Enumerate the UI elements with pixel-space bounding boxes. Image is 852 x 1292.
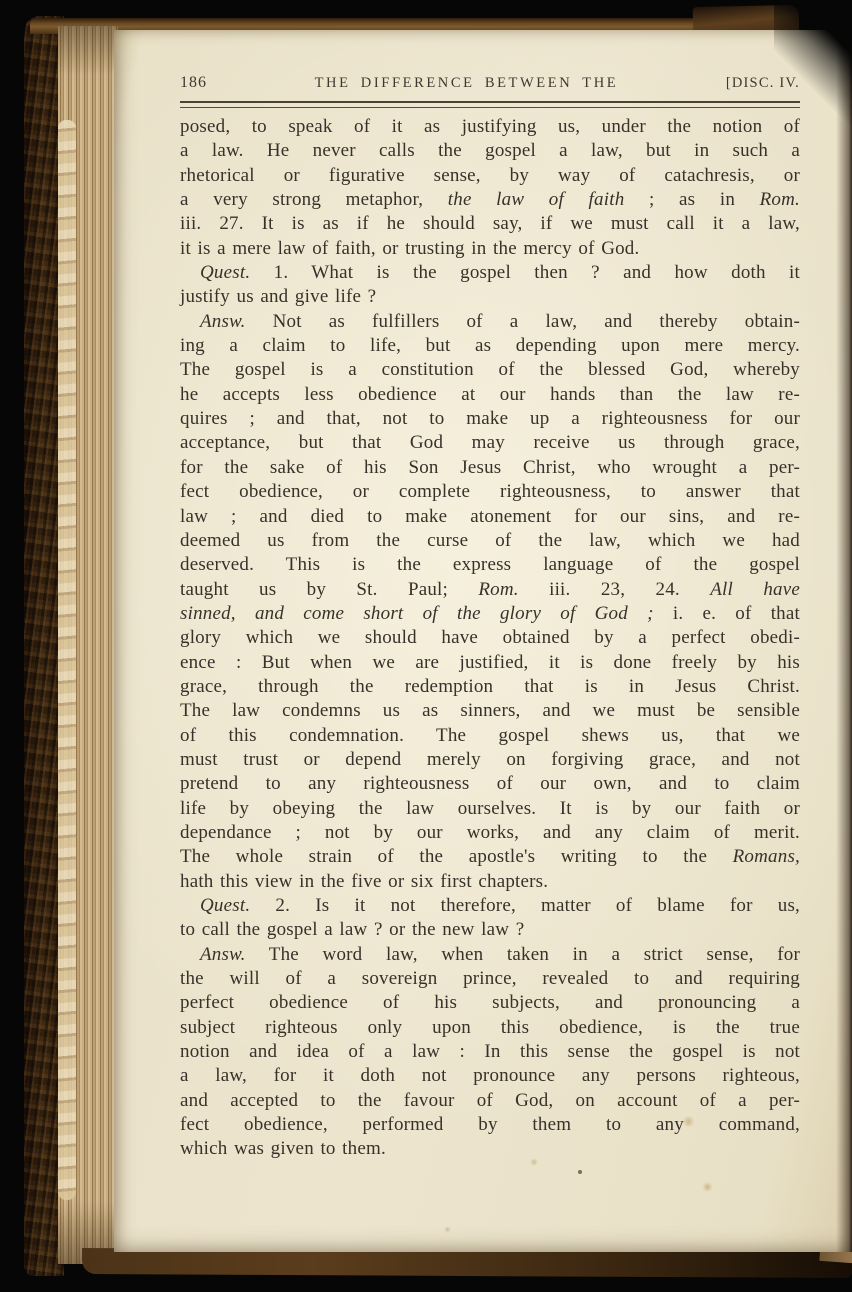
text-line: posed, to speak of it as justifying us, … <box>180 115 800 139</box>
text-line: The law condemns us as sinners, and we m… <box>180 699 800 723</box>
foxing-spot <box>702 1182 713 1192</box>
page-number: 186 <box>180 74 207 92</box>
body-text: The law condemns us as sinners, and we m… <box>180 700 800 721</box>
body-text: hath this view in the five or six first … <box>180 871 548 892</box>
body-text: the will of a sovereign prince, revealed… <box>180 968 800 989</box>
text-line: perfect obedience of his subjects, and p… <box>180 991 800 1015</box>
body-text: a law. He never calls the gospel a law, … <box>180 140 800 161</box>
book-bottom-edge <box>82 1248 852 1278</box>
body-text: ence : But when we are justified, it is … <box>180 652 800 673</box>
text-line: grace, through the redemption that is in… <box>180 675 800 699</box>
text-line: Answ. The word law, when taken in a stri… <box>180 943 800 967</box>
text-line: to call the gospel a law ? or the new la… <box>180 918 800 942</box>
body-text: Not as fulfillers of a law, and thereby … <box>246 311 800 332</box>
text-line: dependance ; not by our works, and any c… <box>180 821 800 845</box>
text-line: iii. 27. It is as if he should say, if w… <box>180 212 800 236</box>
text-line: fect obedience, or complete righteousnes… <box>180 480 800 504</box>
body-text: ing a claim to life, but as depending up… <box>180 335 800 356</box>
body-text: 2. Is it not therefore, matter of blame … <box>250 895 800 916</box>
body-text: perfect obedience of his subjects, and p… <box>180 992 800 1013</box>
ink-speck <box>578 1170 582 1174</box>
text-line: notion and idea of a law : In this sense… <box>180 1040 800 1064</box>
text-line: Quest. 1. What is the gospel then ? and … <box>180 261 800 285</box>
body-text: iii. 23, 24. <box>519 579 710 600</box>
body-text: fect obedience, or complete righteousnes… <box>180 481 800 502</box>
body-text: and accepted to the favour of God, on ac… <box>180 1090 800 1111</box>
body-text: a law, for it doth not pronounce any per… <box>180 1065 800 1086</box>
running-title: THE DIFFERENCE BETWEEN THE <box>207 75 726 92</box>
italic-text: Rom. <box>760 189 800 210</box>
text-line: a law. He never calls the gospel a law, … <box>180 139 800 163</box>
body-text: deemed us from the curse of the law, whi… <box>180 530 800 551</box>
header-double-rule <box>180 101 800 108</box>
text-line: of this condemnation. The gospel shews u… <box>180 724 800 748</box>
body-text: of this condemnation. The gospel shews u… <box>180 725 800 746</box>
text-line: for the sake of his Son Jesus Christ, wh… <box>180 456 800 480</box>
body-text: which was given to them. <box>180 1138 386 1159</box>
text-line: a law, for it doth not pronounce any per… <box>180 1064 800 1088</box>
italic-text: sinned, and come short of the glory of G… <box>180 603 654 624</box>
text-line: which was given to them. <box>180 1137 800 1161</box>
body-text: posed, to speak of it as justifying us, … <box>180 116 800 137</box>
body-text: life by obeying the law ourselves. It is… <box>180 798 800 819</box>
page-right-shadow <box>836 30 852 1252</box>
body-text: glory which we should have obtained by a… <box>180 627 800 648</box>
body-text: must trust or depend merely on forgiving… <box>180 749 800 770</box>
body-text: ; as in <box>624 189 759 210</box>
text-line: subject righteous only upon this obedien… <box>180 1016 800 1040</box>
body-text: quires ; and that, not to make up a righ… <box>180 408 800 429</box>
text-line: The whole strain of the apostle's writin… <box>180 845 800 869</box>
body-text: The word law, when taken in a strict sen… <box>246 944 800 965</box>
body-text: fect obedience, performed by them to any… <box>180 1114 800 1135</box>
text-line: deemed us from the curse of the law, whi… <box>180 529 800 553</box>
text-line: life by obeying the law ourselves. It is… <box>180 797 800 821</box>
italic-text: Quest. <box>200 262 250 283</box>
text-line: taught us by St. Paul; Rom. iii. 23, 24.… <box>180 578 800 602</box>
body-text: notion and idea of a law : In this sense… <box>180 1041 800 1062</box>
body-text: law ; and died to make atonement for our… <box>180 506 800 527</box>
body-text: deserved. This is the express language o… <box>180 554 800 575</box>
text-line: and accepted to the favour of God, on ac… <box>180 1089 800 1113</box>
printed-content: 186 THE DIFFERENCE BETWEEN THE [DISC. IV… <box>180 30 800 1162</box>
body-text: he accepts less obedience at our hands t… <box>180 384 800 405</box>
body-text: to call the gospel a law ? or the new la… <box>180 919 524 940</box>
text-line: glory which we should have obtained by a… <box>180 626 800 650</box>
body-text: grace, through the redemption that is in… <box>180 676 800 697</box>
body-text: i. e. of that <box>654 603 800 624</box>
italic-text: Rom. <box>478 579 518 600</box>
book-page: 186 THE DIFFERENCE BETWEEN THE [DISC. IV… <box>114 30 852 1252</box>
text-line: he accepts less obedience at our hands t… <box>180 383 800 407</box>
text-line: law ; and died to make atonement for our… <box>180 505 800 529</box>
body-text: rhetorical or figurative sense, by way o… <box>180 165 800 186</box>
body-text: justify us and give life ? <box>180 286 376 307</box>
text-line: Quest. 2. Is it not therefore, matter of… <box>180 894 800 918</box>
text-line: a very strong metaphor, the law of faith… <box>180 188 800 212</box>
italic-text: Answ. <box>200 311 246 332</box>
text-line: pretend to any righteousness of our own,… <box>180 772 800 796</box>
italic-text: Romans, <box>733 846 800 867</box>
text-line: deserved. This is the express language o… <box>180 553 800 577</box>
body-text: subject righteous only upon this obedien… <box>180 1017 800 1038</box>
italic-text: the law of faith <box>448 189 625 210</box>
italic-text: Quest. <box>200 895 250 916</box>
text-line: ing a claim to life, but as depending up… <box>180 334 800 358</box>
body-text: The whole strain of the apostle's writin… <box>180 846 733 867</box>
text-line: quires ; and that, not to make up a righ… <box>180 407 800 431</box>
text-line: rhetorical or figurative sense, by way o… <box>180 164 800 188</box>
text-line: justify us and give life ? <box>180 285 800 309</box>
body-text: pretend to any righteousness of our own,… <box>180 773 800 794</box>
text-line: sinned, and come short of the glory of G… <box>180 602 800 626</box>
body-text: a very strong metaphor, <box>180 189 448 210</box>
top-right-shadow <box>774 0 852 130</box>
body-text: for the sake of his Son Jesus Christ, wh… <box>180 457 800 478</box>
text-line: the will of a sovereign prince, revealed… <box>180 967 800 991</box>
text-line: Answ. Not as fulfillers of a law, and th… <box>180 310 800 334</box>
foxing-spot <box>444 1226 451 1233</box>
book-photo: 186 THE DIFFERENCE BETWEEN THE [DISC. IV… <box>0 0 852 1292</box>
body-text: 1. What is the gospel then ? and how dot… <box>250 262 800 283</box>
text-block: posed, to speak of it as justifying us, … <box>180 115 800 1162</box>
italic-text: Answ. <box>200 944 246 965</box>
text-line: ence : But when we are justified, it is … <box>180 651 800 675</box>
page-edge-crinkle <box>58 120 76 1200</box>
text-line: The gospel is a constitution of the bles… <box>180 358 800 382</box>
body-text: The gospel is a constitution of the bles… <box>180 359 800 380</box>
text-line: must trust or depend merely on forgiving… <box>180 748 800 772</box>
italic-text: All have <box>710 579 800 600</box>
text-line: it is a mere law of faith, or trusting i… <box>180 237 800 261</box>
text-line: fect obedience, performed by them to any… <box>180 1113 800 1137</box>
body-text: iii. 27. It is as if he should say, if w… <box>180 213 800 234</box>
body-text: taught us by St. Paul; <box>180 579 478 600</box>
body-text: acceptance, but that God may receive us … <box>180 432 800 453</box>
page-header: 186 THE DIFFERENCE BETWEEN THE [DISC. IV… <box>180 74 800 92</box>
body-text: dependance ; not by our works, and any c… <box>180 822 800 843</box>
text-line: hath this view in the five or six first … <box>180 870 800 894</box>
text-line: acceptance, but that God may receive us … <box>180 431 800 455</box>
body-text: it is a mere law of faith, or trusting i… <box>180 238 639 259</box>
